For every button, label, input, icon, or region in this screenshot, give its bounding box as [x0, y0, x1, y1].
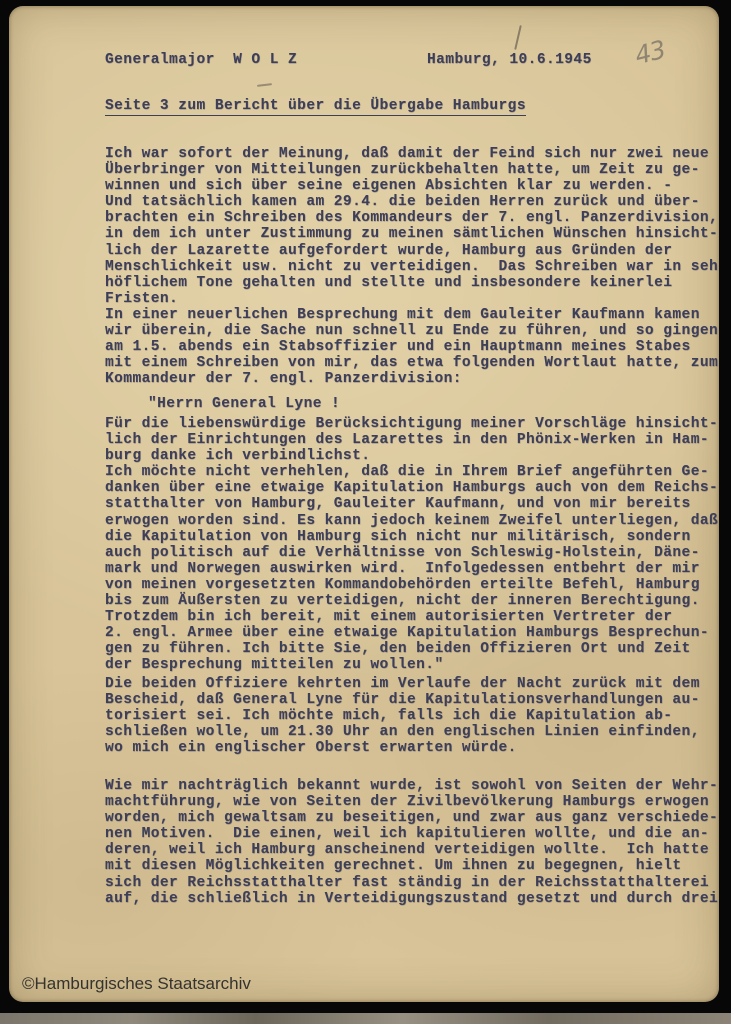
- document-page: Generalmajor W O L Z Hamburg, 10.6.1945 …: [9, 6, 719, 1002]
- scan-background: { "doc": { "header": { "author": "Genera…: [0, 0, 731, 1024]
- place-date-line: Hamburg, 10.6.1945: [427, 52, 592, 68]
- page-title: Seite 3 zum Bericht über die Übergabe Ha…: [105, 98, 526, 116]
- salutation: "Herrn General Lyne !: [148, 396, 340, 412]
- archive-credit: ©Hamburgisches Staatsarchiv: [22, 974, 251, 994]
- scanner-edge-strip: [0, 1013, 731, 1024]
- pencil-mark: [257, 83, 272, 87]
- letter-body: Für die liebenswürdige Berücksichtigung …: [105, 416, 718, 674]
- handwritten-page-number: 43: [632, 35, 668, 70]
- paragraph-4: Wie mir nachträglich bekannt wurde, ist …: [105, 778, 718, 907]
- pencil-mark: [514, 25, 522, 50]
- page-title-text: Seite 3 zum Bericht über die Übergabe Ha…: [105, 98, 526, 116]
- paragraph-1: Ich war sofort der Meinung, daß damit de…: [105, 146, 718, 307]
- paragraph-2: In einer neuerlichen Besprechung mit dem…: [105, 307, 718, 387]
- author-line: Generalmajor W O L Z: [105, 52, 297, 68]
- paragraph-3: Die beiden Offiziere kehrten im Verlaufe…: [105, 676, 700, 756]
